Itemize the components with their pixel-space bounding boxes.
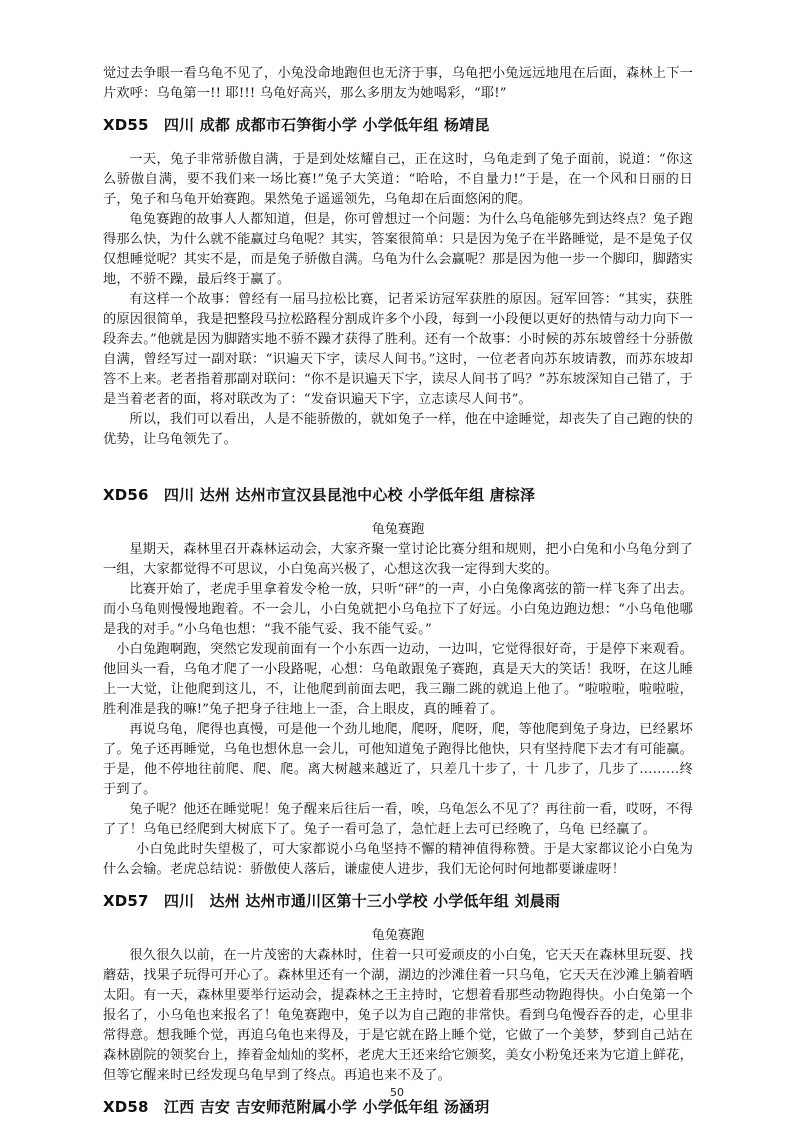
paragraph: 所以，我们可以看出，人是不能骄傲的，就如兔子一样，他在中途睡觉，却丧失了自己跑的… — [103, 410, 693, 450]
document-page: 觉过去争眼一看乌龟不见了，小兔没命地跑但也无济于事，乌龟把小兔远远地甩在后面，森… — [103, 64, 693, 1118]
paragraph: 再说乌龟，爬得也真慢，可是他一个劲儿地爬，爬呀，爬呀，爬，等他爬到兔子身边，已经… — [103, 720, 693, 800]
continuation-section: 觉过去争眼一看乌龟不见了，小兔没命地跑但也无济于事，乌龟把小兔远远地甩在后面，森… — [103, 64, 693, 104]
page-number: 50 — [0, 1086, 794, 1099]
paragraph: 很久很久以前，在一片茂密的大森林时，住着一只可爱顽皮的小白兔，它天天在森林里玩耍… — [103, 946, 693, 1086]
entry-xd56: XD56 四川 达州 达州市宣汉县昆池中心校 小学低年组 唐棕泽 龟兔赛跑 星期… — [103, 484, 693, 880]
paragraph: 兔子呢？他还在睡觉呢！兔子醒来后往后一看，唉，乌龟怎么不见了？再往前一看，哎呀，… — [103, 800, 693, 840]
entry-heading: XD57 四川 达州 达州市通川区第十三小学校 小学低年组 刘晨雨 — [103, 890, 693, 912]
paragraph: 星期天，森林里召开森林运动会，大家齐聚一堂讨论比赛分组和规则，把小白兔和小乌龟分… — [103, 540, 693, 580]
story-title: 龟兔赛跑 — [103, 926, 693, 946]
entry-xd57: XD57 四川 达州 达州市通川区第十三小学校 小学低年组 刘晨雨 龟兔赛跑 很… — [103, 890, 693, 1086]
paragraph: 有这样一个故事：曾经有一届马拉松比赛，记者采访冠军获胜的原因。冠军回答：“其实，… — [103, 290, 693, 410]
story-title: 龟兔赛跑 — [103, 520, 693, 540]
paragraph: 比赛开始了，老虎手里拿着发令枪一放，只听“砰”的一声，小白兔像离弦的箭一样飞奔了… — [103, 580, 693, 640]
paragraph: 觉过去争眼一看乌龟不见了，小兔没命地跑但也无济于事，乌龟把小兔远远地甩在后面，森… — [103, 64, 693, 104]
entry-heading: XD55 四川 成都 成都市石笋街小学 小学低年组 杨靖昆 — [103, 114, 693, 136]
paragraph: 小白兔此时失望极了，可大家都说小乌龟坚持不懈的精神值得称赞。于是大家都议论小白兔… — [103, 840, 693, 880]
paragraph: 一天，兔子非常骄傲自满，于是到处炫耀自己，正在这时，乌龟走到了兔子面前，说道：“… — [103, 150, 693, 210]
entry-xd58: XD58 江西 吉安 吉安师范附属小学 小学低年组 汤涵玥 — [103, 1096, 693, 1118]
entry-heading: XD56 四川 达州 达州市宣汉县昆池中心校 小学低年组 唐棕泽 — [103, 484, 693, 506]
paragraph: 小白兔跑啊跑，突然它发现前面有一个小东西一边动，一边叫，它觉得很好奇，于是停下来… — [103, 640, 693, 720]
entry-xd55: XD55 四川 成都 成都市石笋街小学 小学低年组 杨靖昆 一天，兔子非常骄傲自… — [103, 114, 693, 450]
entry-heading: XD58 江西 吉安 吉安师范附属小学 小学低年组 汤涵玥 — [103, 1096, 693, 1118]
paragraph: 龟兔赛跑的故事人人都知道，但是，你可曾想过一个问题：为什么乌龟能够先到达终点？兔… — [103, 210, 693, 290]
